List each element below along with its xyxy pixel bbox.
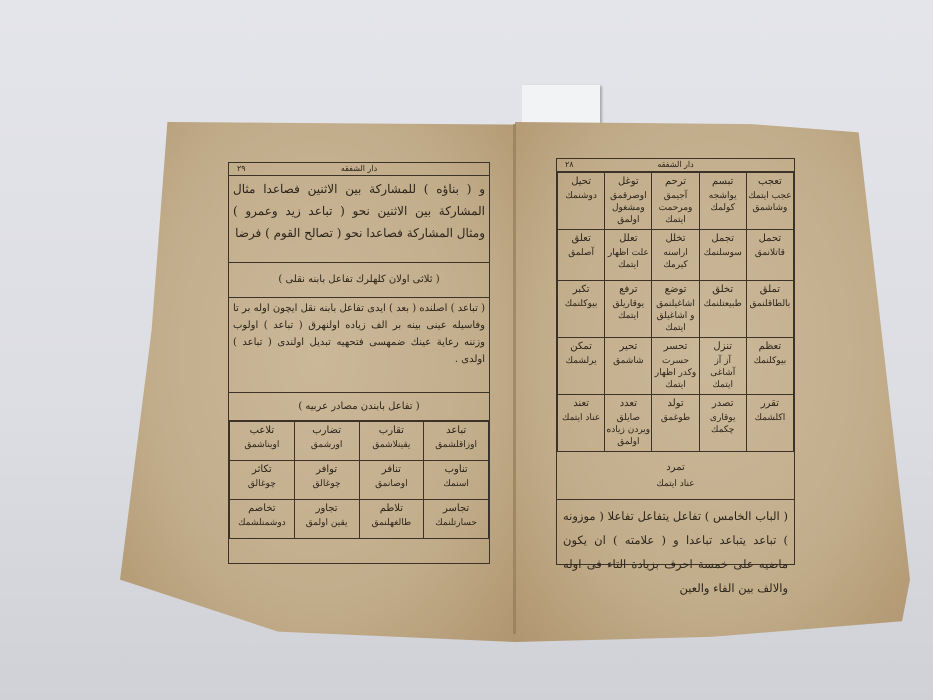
cell-meaning: اوصانمق <box>375 479 407 489</box>
cell-word: تصدر <box>701 398 745 410</box>
table-cell: تخلقطبيعتلنمك <box>699 281 746 338</box>
table-cell: تلاعباويناشمق <box>230 422 295 461</box>
cell-word: تحمل <box>748 233 792 245</box>
cell-word: تقرر <box>748 398 792 410</box>
left-page-header: دار الشفقه ٢٩ <box>229 163 489 176</box>
table-row: تحملقاتلانمق تجملسوسلنمك تخللاراسنه كيرم… <box>558 230 794 281</box>
cell-meaning: اشاغيلنمق و اشاغيلق ايتمك <box>656 299 695 333</box>
cell-meaning: يقين اولمق <box>306 518 348 528</box>
cell-word: تجمل <box>701 233 745 245</box>
right-page-header: دار الشفقه ٢٨ <box>557 159 794 172</box>
cell-meaning: اوزاقلشمق <box>435 440 477 450</box>
book-spine <box>513 124 516 634</box>
table-cell: تجملسوسلنمك <box>699 230 746 281</box>
cell-word: تناوب <box>425 464 487 476</box>
extra-entry-meaning: عناد ايتمك <box>557 479 794 489</box>
table-cell: تباعداوزاقلشمق <box>424 422 489 461</box>
table-row: تقرراكلشمك تصدريوقارى چكمك تولدطوغمق تعد… <box>558 395 794 452</box>
table-cell: تعجبعجب ايتمك وشاشمق <box>746 173 793 230</box>
cell-word: تلاعب <box>231 425 293 437</box>
page-number: ٢٩ <box>237 163 246 175</box>
explanation-paragraph: ( تباعد ) اصلنده ( بعد ) ايدى تفاعل بابن… <box>233 300 485 368</box>
cell-meaning: يواشجه كولمك <box>709 191 737 213</box>
cell-word: تلاطم <box>361 503 423 515</box>
cell-meaning: صايلق ويردن زياده اولمق <box>607 413 651 447</box>
cell-word: تقارب <box>361 425 423 437</box>
cell-meaning: آز آز آشاغى ايتمك <box>710 356 735 390</box>
cell-meaning: يقينلاشمق <box>372 440 410 450</box>
cell-word: تجاسر <box>425 503 487 515</box>
cell-word: تعظم <box>748 341 792 353</box>
table-row: تعظمبيوكلنمك تنزلآز آز آشاغى ايتمك تحسرح… <box>558 338 794 395</box>
cell-word: تضارب <box>296 425 358 437</box>
table-title: ( تفاعل بابندن مصادر عربيه ) <box>229 393 489 421</box>
cell-word: تباعد <box>425 425 487 437</box>
cell-meaning: دوشنمك <box>565 191 596 201</box>
page-number: ٢٨ <box>565 159 574 171</box>
table-cell: تحيرشاشمق <box>605 338 652 395</box>
table-cell: تصدريوقارى چكمك <box>699 395 746 452</box>
cell-meaning: سوسلنمك <box>704 248 742 258</box>
cell-meaning: دوشمنلشمك <box>238 518 286 528</box>
cell-meaning: يرلشمك <box>566 356 597 366</box>
chapter-text: ( الباب الخامس ) تفاعل يتفاعل تفاعلا ( م… <box>557 500 794 604</box>
table-cell: تبسميواشجه كولمك <box>699 173 746 230</box>
cell-meaning: بيوكلنمك <box>565 299 598 309</box>
cell-meaning: چوغالق <box>248 479 276 489</box>
cell-word: تنافر <box>361 464 423 476</box>
table-cell: تقاربيقينلاشمق <box>359 422 424 461</box>
cell-meaning: يوقاريلق ايتمك <box>613 299 645 321</box>
verb-table: تعجبعجب ايتمك وشاشمق تبسميواشجه كولمك تر… <box>557 172 794 452</box>
explanation-section: ( تباعد ) اصلنده ( بعد ) ايدى تفاعل بابن… <box>229 298 489 393</box>
table-cell: تلاطمطالغهلنمق <box>359 500 424 539</box>
extra-entry: تمرد عناد ايتمك <box>557 452 794 500</box>
cell-meaning: اكلشمك <box>755 413 786 423</box>
cell-meaning: طالغهلنمق <box>372 518 412 528</box>
cell-meaning: شاشمق <box>613 356 644 366</box>
table-cell: تملقبالطاقلنمق <box>746 281 793 338</box>
cell-word: تعجب <box>748 176 792 188</box>
table-cell: تخللاراسنه كيرمك <box>652 230 699 281</box>
cell-meaning: حسرت وكدر اظهار ايتمك <box>655 356 696 390</box>
table-cell: تجاوريقين اولمق <box>294 500 359 539</box>
table-cell: تعلقآصلمق <box>558 230 605 281</box>
cell-meaning: طوغمق <box>661 413 690 423</box>
cell-word: تحير <box>606 341 650 353</box>
table-cell: تعددصايلق ويردن زياده اولمق <box>605 395 652 452</box>
cell-word: تخلق <box>701 284 745 296</box>
cell-word: تعلق <box>559 233 603 245</box>
cell-meaning: آصلمق <box>568 248 594 258</box>
running-title: دار الشفقه <box>341 164 377 173</box>
cell-word: تبسم <box>701 176 745 188</box>
cell-meaning: طبيعتلنمك <box>704 299 742 309</box>
cell-meaning: بيوكلنمك <box>754 356 787 366</box>
cell-meaning: اوصرقمق ومشغول اولمق <box>610 191 646 225</box>
cell-word: تجاور <box>296 503 358 515</box>
table-cell: تكاثرچوغالق <box>230 461 295 500</box>
cell-word: توافر <box>296 464 358 476</box>
table-cell: تنزلآز آز آشاغى ايتمك <box>699 338 746 395</box>
cell-meaning: حسارتلنمك <box>435 518 477 528</box>
cell-word: تمكن <box>559 341 603 353</box>
running-title: دار الشفقه <box>657 160 693 169</box>
cell-word: تملق <box>748 284 792 296</box>
table-cell: تعظمبيوكلنمك <box>746 338 793 395</box>
cell-meaning: يوقارى چكمك <box>710 413 736 435</box>
cell-meaning: عجب ايتمك وشاشمق <box>748 191 791 213</box>
cell-meaning: اراسنه كيرمك <box>663 248 687 270</box>
cell-meaning: قاتلانمق <box>755 248 785 258</box>
cell-meaning: اسنمك <box>443 479 469 489</box>
cell-word: ترحم <box>653 176 697 188</box>
cell-word: توضع <box>653 284 697 296</box>
table-cell: تعندعناد ايتمك <box>558 395 605 452</box>
cell-word: تخلل <box>653 233 697 245</box>
cell-word: تعلل <box>606 233 650 245</box>
table-row: تملقبالطاقلنمق تخلقطبيعتلنمك توضعاشاغيلن… <box>558 281 794 338</box>
cell-word: تخاصم <box>231 503 293 515</box>
cell-meaning: اورشمق <box>311 440 342 450</box>
table-row: تناوباسنمك تنافراوصانمق توافرچوغالق تكاث… <box>230 461 489 500</box>
table-cell: تقرراكلشمك <box>746 395 793 452</box>
table-cell: توافرچوغالق <box>294 461 359 500</box>
table-cell: تضارباورشمق <box>294 422 359 461</box>
masdar-table: تباعداوزاقلشمق تقاربيقينلاشمق تضارباورشم… <box>229 421 489 539</box>
table-row: تجاسرحسارتلنمك تلاطمطالغهلنمق تجاوريقين … <box>230 500 489 539</box>
intro-paragraph: و ( بناؤه ) للمشاركة بين الاثنين فصاعدا … <box>233 178 485 244</box>
table-cell: ترفعيوقاريلق ايتمك <box>605 281 652 338</box>
table-cell: ترحمآجيمق ومرحمت ايتمك <box>652 173 699 230</box>
table-row: تباعداوزاقلشمق تقاربيقينلاشمق تضارباورشم… <box>230 422 489 461</box>
table-row: تعجبعجب ايتمك وشاشمق تبسميواشجه كولمك تر… <box>558 173 794 230</box>
table-cell: تكبربيوكلنمك <box>558 281 605 338</box>
cell-word: تعدد <box>606 398 650 410</box>
cell-word: تعند <box>559 398 603 410</box>
cell-word: تولد <box>653 398 697 410</box>
table-cell: تحملقاتلانمق <box>746 230 793 281</box>
left-page-frame: دار الشفقه ٢٩ و ( بناؤه ) للمشاركة بين ا… <box>228 162 490 564</box>
cell-word: تكبر <box>559 284 603 296</box>
cell-meaning: آجيمق ومرحمت ايتمك <box>659 191 693 225</box>
cell-meaning: علت اظهار ايتمك <box>608 248 649 270</box>
cell-word: تحيل <box>559 176 603 188</box>
table-title-text: ( تفاعل بابندن مصادر عربيه ) <box>298 401 419 412</box>
cell-meaning: بالطاقلنمق <box>749 299 790 309</box>
table-cell: تمكنيرلشمك <box>558 338 605 395</box>
table-cell: تناوباسنمك <box>424 461 489 500</box>
cell-word: ترفع <box>606 284 650 296</box>
extra-entry-word: تمرد <box>557 462 794 473</box>
cell-meaning: اويناشمق <box>244 440 279 450</box>
section-title: ( ثلاثى اولان كلهلرك تفاعل بابنه نقلى ) <box>229 263 489 298</box>
table-cell: تولدطوغمق <box>652 395 699 452</box>
table-cell: تعللعلت اظهار ايتمك <box>605 230 652 281</box>
cell-word: تنزل <box>701 341 745 353</box>
table-cell: تنافراوصانمق <box>359 461 424 500</box>
cell-word: تكاثر <box>231 464 293 476</box>
table-cell: تحيلدوشنمك <box>558 173 605 230</box>
table-cell: تحسرحسرت وكدر اظهار ايتمك <box>652 338 699 395</box>
section-title-text: ( ثلاثى اولان كلهلرك تفاعل بابنه نقلى ) <box>278 274 439 285</box>
intro-section: و ( بناؤه ) للمشاركة بين الاثنين فصاعدا … <box>229 176 489 263</box>
table-cell: تجاسرحسارتلنمك <box>424 500 489 539</box>
cell-word: توغل <box>606 176 650 188</box>
table-cell: توضعاشاغيلنمق و اشاغيلق ايتمك <box>652 281 699 338</box>
cell-word: تحسر <box>653 341 697 353</box>
table-cell: توغلاوصرقمق ومشغول اولمق <box>605 173 652 230</box>
cell-meaning: عناد ايتمك <box>562 413 600 423</box>
cell-meaning: چوغالق <box>313 479 341 489</box>
right-page-frame: دار الشفقه ٢٨ تعجبعجب ايتمك وشاشمق تبسمي… <box>556 158 795 565</box>
table-cell: تخاصمدوشمنلشمك <box>230 500 295 539</box>
